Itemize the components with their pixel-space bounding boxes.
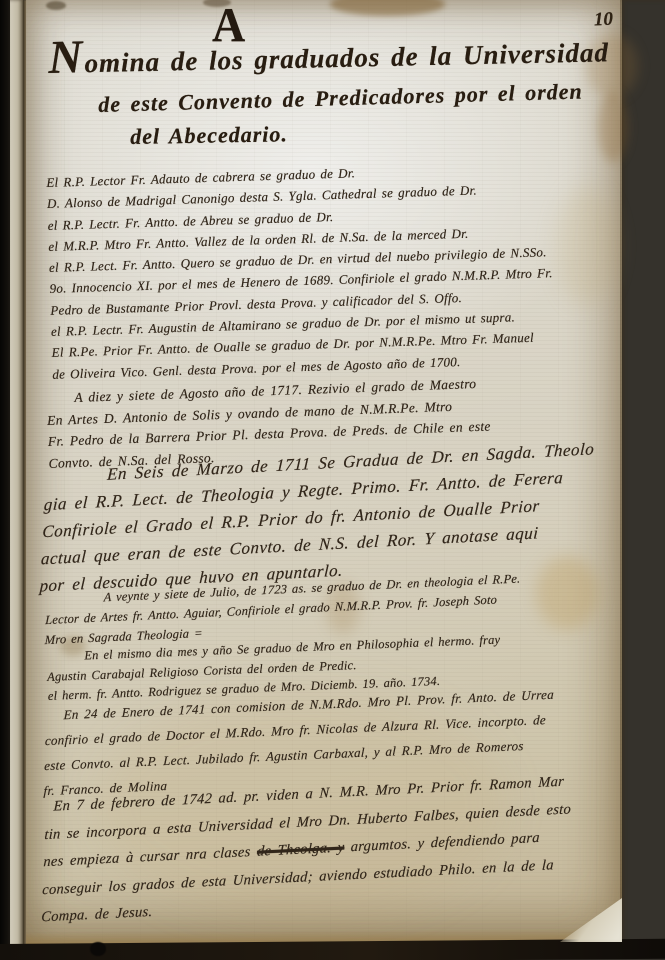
page-edges-strip	[620, 0, 665, 950]
strikethrough-text: de Theolga. y	[257, 839, 345, 859]
text-span: argumtos. y defendiendo para	[344, 830, 540, 856]
page-number: 10	[594, 9, 614, 32]
binding-gutter	[0, 0, 10, 960]
entry-section-falbes: En 7 de febrero de 1742 ad. pr. viden a …	[41, 766, 624, 932]
title-line-3: del Abecedario.	[130, 121, 288, 150]
text-span: nes empieza à cursar nra clases	[43, 844, 257, 870]
entry-section-graduates-list: El R.P. Lector Fr. Adauto de cabrera se …	[46, 154, 630, 385]
previous-page-edge	[10, 0, 23, 960]
manuscript-scan: 10 A Nomina de los graduados de la Unive…	[0, 0, 665, 960]
